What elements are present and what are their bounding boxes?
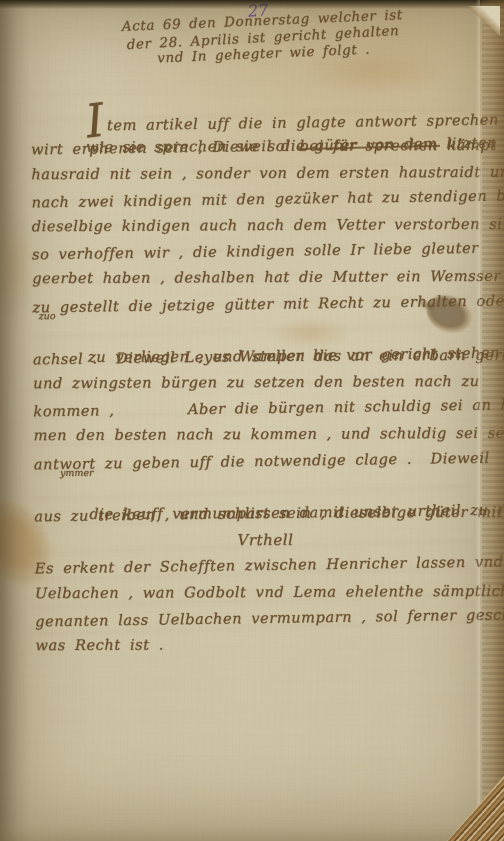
date-heading: Acta 69 den Donnerstag welcher ist der 2… bbox=[107, 7, 419, 69]
interlinear-insertion: ymmer bbox=[60, 469, 94, 479]
water-stain bbox=[0, 208, 34, 328]
body-line: geerbet haben , deshalben hat die Mutter… bbox=[32, 264, 494, 293]
underlying-page-edges bbox=[440, 769, 504, 841]
page-edge-left bbox=[0, 0, 30, 841]
body-line: men den besten nach zu kommen , und schu… bbox=[34, 421, 496, 450]
verdict-line: Es erkent der Schefften zwischen Henrich… bbox=[35, 550, 497, 583]
interlinear-insertion: zuo bbox=[39, 312, 56, 322]
entry-text-block: Item artikel uff die in glagte antwort s… bbox=[30, 80, 497, 660]
verdict-line: was Recht ist . bbox=[35, 631, 497, 660]
corner-fold bbox=[466, 6, 500, 36]
manuscript-page: 27 Acta 69 den Donnerstag welcher ist de… bbox=[0, 0, 504, 841]
